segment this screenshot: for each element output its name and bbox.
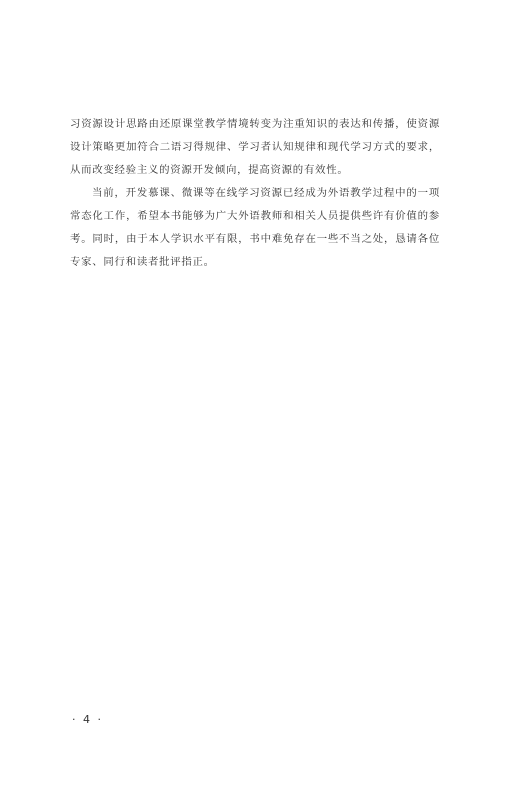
- paragraph-2: 当前，开发慕课、微课等在线学习资源已经成为外语教学过程中的一项 常态化工作，希望…: [70, 182, 440, 274]
- document-page: 习资源设计思路由还原课堂教学情境转变为注重知识的表达和传播，使资源 设计策略更加…: [0, 0, 510, 800]
- text-line: 设计策略更加符合二语习得规律、学习者认知规律和现代学习方式的要求，: [70, 136, 440, 159]
- page-number: · 4 ·: [72, 713, 103, 726]
- body-text: 习资源设计思路由还原课堂教学情境转变为注重知识的表达和传播，使资源 设计策略更加…: [70, 113, 440, 274]
- text-line: 从而改变经验主义的资源开发倾向，提高资源的有效性。: [70, 159, 440, 182]
- text-line: 常态化工作，希望本书能够为广大外语教师和相关人员提供些许有价值的参: [70, 205, 440, 228]
- text-line: 专家、同行和读者批评指正。: [70, 251, 440, 274]
- paragraph-1: 习资源设计思路由还原课堂教学情境转变为注重知识的表达和传播，使资源 设计策略更加…: [70, 113, 440, 182]
- text-line: 考。同时，由于本人学识水平有限，书中难免存在一些不当之处，恳请各位: [70, 228, 440, 251]
- text-line: 习资源设计思路由还原课堂教学情境转变为注重知识的表达和传播，使资源: [70, 113, 440, 136]
- text-line: 当前，开发慕课、微课等在线学习资源已经成为外语教学过程中的一项: [70, 182, 440, 205]
